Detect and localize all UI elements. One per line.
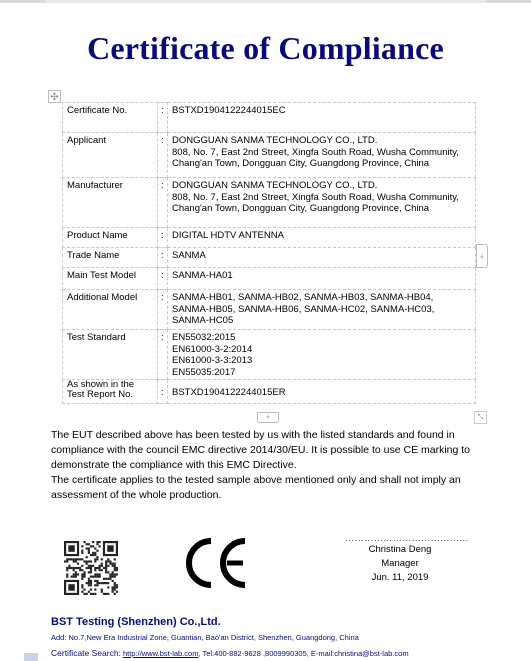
row-value-line: DIGITAL HDTV ANTENNA bbox=[172, 230, 471, 242]
add-row-plus-icon[interactable]: + bbox=[476, 244, 488, 268]
table-row: Certificate No.:BSTXD1904122244015EC bbox=[63, 103, 476, 133]
page-title: Certificate of Compliance bbox=[0, 30, 531, 67]
row-label: Certificate No. bbox=[63, 103, 158, 133]
row-value: SANMA bbox=[168, 248, 476, 268]
footer: BST Testing (Shenzhen) Co.,Ltd. Add: No.… bbox=[51, 616, 531, 658]
row-separator: : bbox=[158, 228, 168, 248]
row-label: Test Standard bbox=[63, 330, 158, 380]
statement-paragraph-1: The EUT described above has been tested … bbox=[51, 428, 481, 473]
row-value-line: EN55032:2015 bbox=[172, 332, 471, 344]
certificate-search-line: Certificate Search: http://www.bst-lab.c… bbox=[51, 648, 531, 658]
table-move-handle-icon[interactable]: ✣ bbox=[48, 90, 61, 103]
top-ruler-bar bbox=[0, 0, 531, 3]
row-value-line: DONGGUAN SANMA TECHNOLOGY CO., LTD. bbox=[172, 180, 471, 192]
row-label: Main Test Model bbox=[63, 268, 158, 290]
row-value-line: EN61000-3-2:2014 bbox=[172, 344, 471, 356]
website-link[interactable]: http://www.bst-lab.com bbox=[123, 649, 198, 658]
row-value-line: EN55035:2017 bbox=[172, 367, 471, 379]
row-value-line: SANMA-HB01, SANMA-HB02, SANMA-HB03, SANM… bbox=[172, 292, 471, 304]
table-resize-handle-icon[interactable]: ⤡ bbox=[474, 411, 487, 424]
row-value: DONGGUAN SANMA TECHNOLOGY CO., LTD.808, … bbox=[168, 178, 476, 228]
row-value-line: Chang'an Town, Dongguan City, Guangdong … bbox=[172, 203, 471, 215]
row-value-line: Chang'an Town, Dongguan City, Guangdong … bbox=[172, 158, 471, 170]
compliance-statement: The EUT described above has been tested … bbox=[51, 428, 481, 503]
row-separator: : bbox=[158, 330, 168, 380]
row-value-line: SANMA-HB05, SANMA-HB06, SANMA-HC02, SANM… bbox=[172, 304, 471, 316]
row-separator: : bbox=[158, 290, 168, 330]
table-row: Trade Name:SANMA bbox=[63, 248, 476, 268]
row-separator: : bbox=[158, 380, 168, 404]
signature-line: ………………………………… bbox=[345, 535, 455, 543]
row-label: Trade Name bbox=[63, 248, 158, 268]
row-value-line: 808, No. 7, East 2nd Street, Xingfa Sout… bbox=[172, 192, 471, 204]
company-address: Add: No.7,New Era Industrial Zone, Guant… bbox=[51, 633, 531, 642]
contact-info: , Tel:400-882-9628 ,8009990305, E-mail:c… bbox=[198, 649, 408, 658]
row-value: SANMA-HA01 bbox=[168, 268, 476, 290]
row-value-line: SANMA-HA01 bbox=[172, 270, 471, 282]
row-value: DONGGUAN SANMA TECHNOLOGY CO., LTD.808, … bbox=[168, 133, 476, 178]
row-value: SANMA-HB01, SANMA-HB02, SANMA-HB03, SANM… bbox=[168, 290, 476, 330]
table-row: Test Standard:EN55032:2015EN61000-3-2:20… bbox=[63, 330, 476, 380]
row-label: Manufacturer bbox=[63, 178, 158, 228]
row-separator: : bbox=[158, 268, 168, 290]
table-row: Main Test Model:SANMA-HA01 bbox=[63, 268, 476, 290]
ce-mark-icon bbox=[183, 538, 249, 588]
row-value-line: DONGGUAN SANMA TECHNOLOGY CO., LTD. bbox=[172, 135, 471, 147]
row-separator: : bbox=[158, 103, 168, 133]
table-row: Manufacturer:DONGGUAN SANMA TECHNOLOGY C… bbox=[63, 178, 476, 228]
row-value-line: EN61000-3-3:2013 bbox=[172, 355, 471, 367]
row-label: Product Name bbox=[63, 228, 158, 248]
row-value-line: BSTXD1904122244015ER bbox=[172, 387, 471, 399]
row-value: EN55032:2015EN61000-3-2:2014EN61000-3-3:… bbox=[168, 330, 476, 380]
certificate-search-label: Certificate Search: bbox=[51, 648, 121, 658]
certificate-info-table: Certificate No.:BSTXD1904122244015ECAppl… bbox=[62, 102, 476, 404]
table-row: Applicant:DONGGUAN SANMA TECHNOLOGY CO.,… bbox=[63, 133, 476, 178]
row-value: BSTXD1904122244015EC bbox=[168, 103, 476, 133]
row-value-line: BSTXD1904122244015EC bbox=[172, 105, 471, 117]
row-value-line: 808, No. 7, East 2nd Street, Xingfa Sout… bbox=[172, 147, 471, 159]
table-row: As shown in the Test Report No.:BSTXD190… bbox=[63, 380, 476, 404]
row-label: Applicant bbox=[63, 133, 158, 178]
document-icon bbox=[24, 653, 38, 661]
row-label: Additional Model bbox=[63, 290, 158, 330]
table-row: Product Name:DIGITAL HDTV ANTENNA bbox=[63, 228, 476, 248]
company-name: BST Testing (Shenzhen) Co.,Ltd. bbox=[51, 616, 531, 628]
signature-date: Jun. 11, 2019 bbox=[345, 571, 455, 585]
row-label: As shown in the Test Report No. bbox=[63, 380, 158, 404]
row-value-line: SANMA-HC05 bbox=[172, 315, 471, 327]
row-separator: : bbox=[158, 178, 168, 228]
row-separator: : bbox=[158, 133, 168, 178]
statement-paragraph-2: The certificate applies to the tested sa… bbox=[51, 473, 481, 503]
table-row: Additional Model:SANMA-HB01, SANMA-HB02,… bbox=[63, 290, 476, 330]
signer-position: Manager bbox=[345, 557, 455, 571]
row-value-line: SANMA bbox=[172, 250, 471, 262]
signature-block: ………………………………… Christina Deng Manager Jun… bbox=[345, 535, 455, 585]
row-value: BSTXD1904122244015ER bbox=[168, 380, 476, 404]
row-value: DIGITAL HDTV ANTENNA bbox=[168, 228, 476, 248]
row-separator: : bbox=[158, 248, 168, 268]
signer-name: Christina Deng bbox=[345, 543, 455, 557]
qr-code-icon bbox=[64, 541, 118, 595]
add-column-plus-icon[interactable]: + bbox=[257, 412, 279, 423]
